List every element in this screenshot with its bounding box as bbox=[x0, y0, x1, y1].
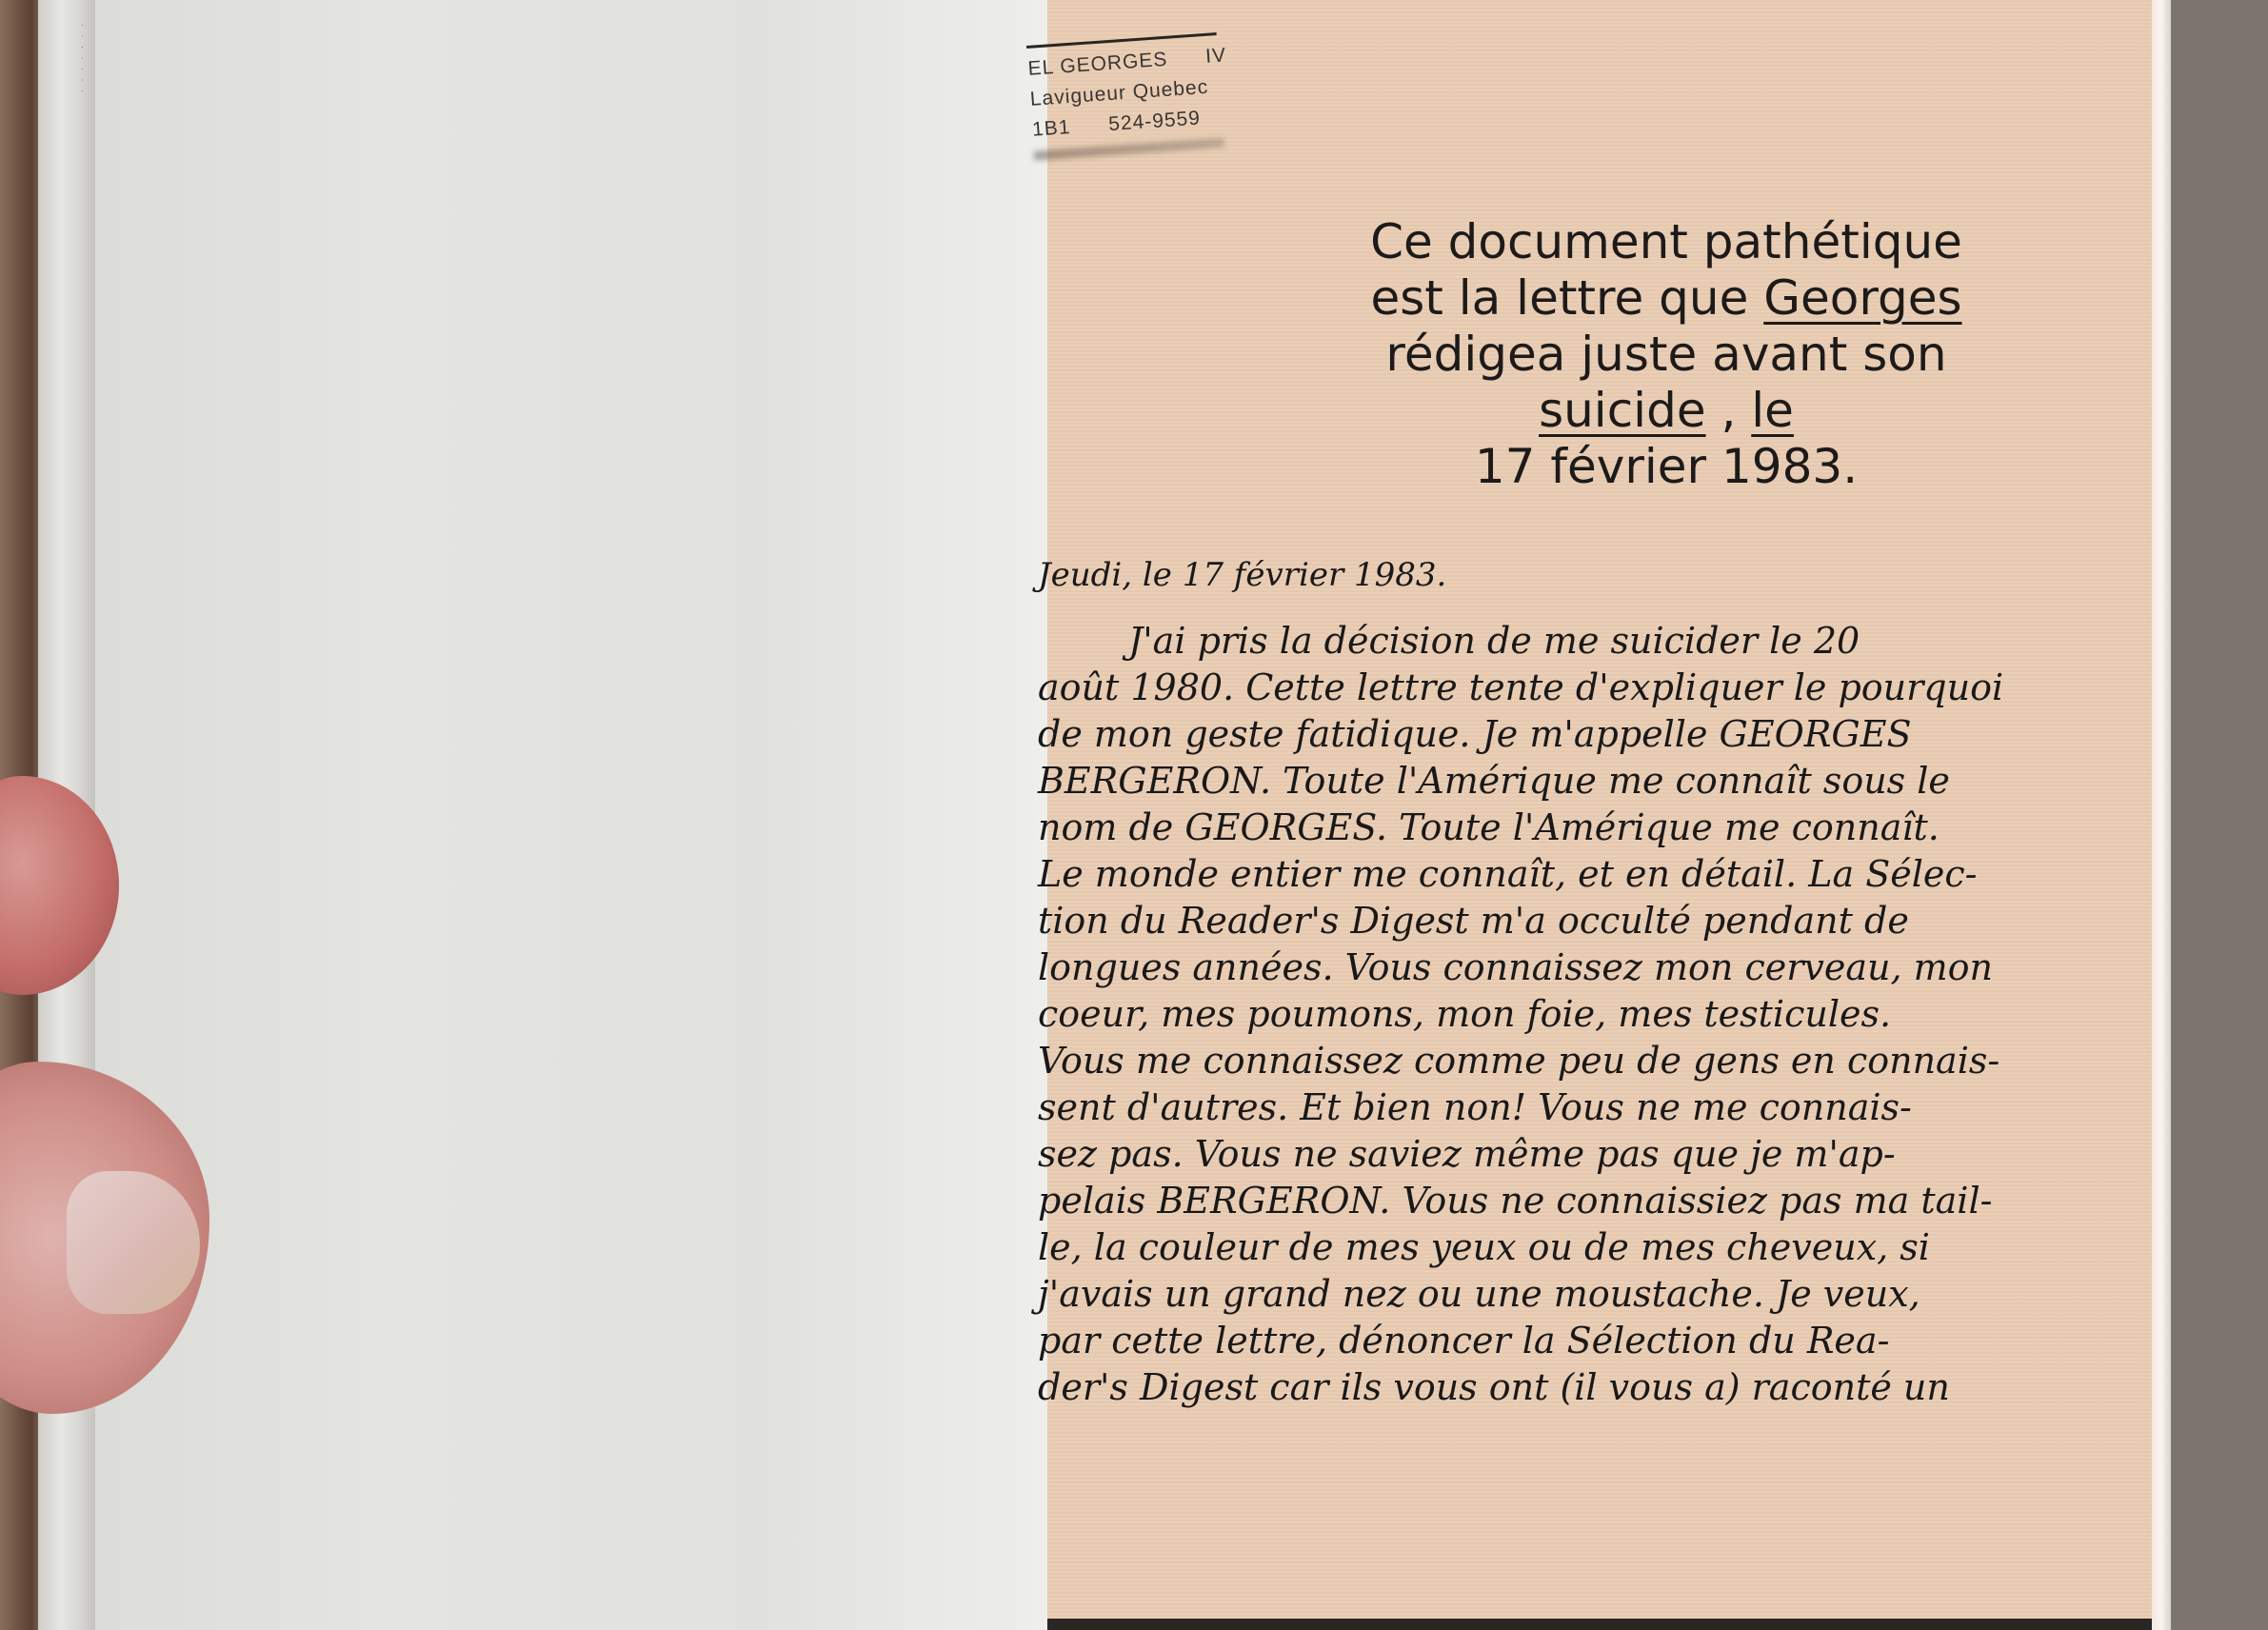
letter-date: Jeudi, le 17 février 1983. bbox=[1038, 552, 1980, 599]
letter-line: de mon geste fatidique. Je m'appelle GEO… bbox=[1038, 711, 1980, 758]
letter-line: Vous me connaissez comme peu de gens en … bbox=[1038, 1038, 1980, 1084]
letter-line: le, la couleur de mes yeux ou de mes che… bbox=[1038, 1224, 1980, 1271]
left-page-blank bbox=[95, 0, 1047, 1630]
spine-marks: · · · · · · · bbox=[78, 24, 88, 95]
handwritten-letter: Jeudi, le 17 février 1983. J'ai pris la … bbox=[1038, 552, 1980, 1411]
letter-line: BERGERON. Toute l'Amérique me connaît so… bbox=[1038, 758, 1980, 805]
letter-line: par cette lettre, dénoncer la Sélection … bbox=[1038, 1318, 1980, 1364]
letter-line: j'avais un grand nez ou une moustache. J… bbox=[1038, 1271, 1980, 1318]
header-line-3: rédigea juste avant son bbox=[1314, 327, 2019, 383]
letter-line: longues années. Vous connaissez mon cerv… bbox=[1038, 944, 1980, 991]
header-line-1: Ce document pathétique bbox=[1314, 214, 2019, 270]
background-right bbox=[2173, 0, 2268, 1630]
letter-line: coeur, mes poumons, mon foie, mes testic… bbox=[1038, 991, 1980, 1038]
bottom-shadow bbox=[1047, 1619, 2152, 1630]
letter-line: août 1980. Cette lettre tente d'explique… bbox=[1038, 665, 1980, 711]
letterhead-address: EL GEORGESIV Lavigueur Quebec 1B1524-955… bbox=[1026, 32, 1224, 161]
header-line-5: 17 février 1983. bbox=[1314, 439, 2019, 495]
letter-line: der's Digest car ils vous ont (il vous a… bbox=[1038, 1364, 1980, 1411]
letter-line: tion du Reader's Digest m'a occulté pend… bbox=[1038, 898, 1980, 944]
letter-line: sent d'autres. Et bien non! Vous ne me c… bbox=[1038, 1084, 1980, 1131]
typed-header: Ce document pathétique est la lettre que… bbox=[1314, 214, 2019, 495]
right-page-edge bbox=[2152, 0, 2171, 1630]
letter-line: pelais BERGERON. Vous ne connaissiez pas… bbox=[1038, 1178, 1980, 1224]
letter-line: sez pas. Vous ne saviez même pas que je … bbox=[1038, 1131, 1980, 1178]
letter-line: nom de GEORGES. Toute l'Amérique me conn… bbox=[1038, 805, 1980, 851]
header-line-4: suicide , le bbox=[1314, 383, 2019, 439]
letter-line: Le monde entier me connaît, et en détail… bbox=[1038, 851, 1980, 898]
thumbnail bbox=[67, 1171, 200, 1314]
header-line-2: est la lettre que Georges bbox=[1314, 270, 2019, 327]
letter-line: J'ai pris la décision de me suicider le … bbox=[1038, 618, 1980, 665]
